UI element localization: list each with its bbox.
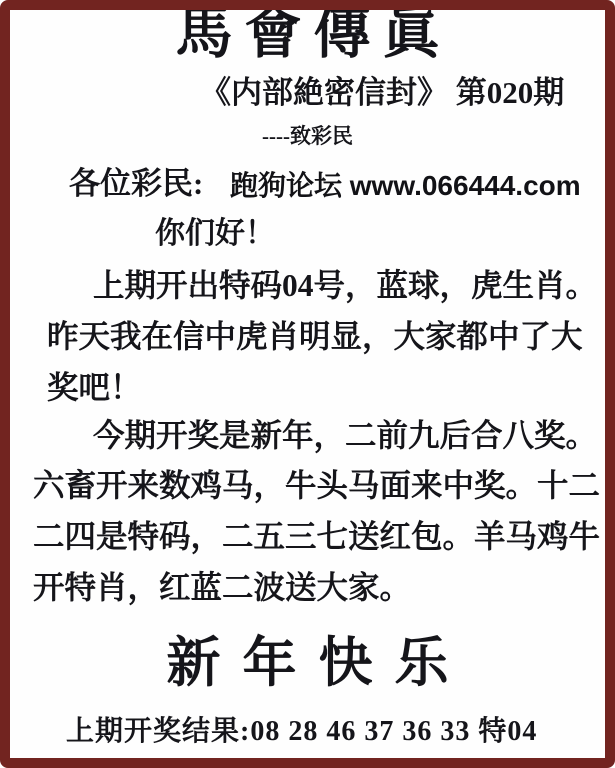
fax-sheet: 馬會傳眞 《内部絶密信封》 第020期 ----致彩民 各位彩民: 跑狗论坛 w…: [0, 0, 615, 768]
greeting-line: 你们好！: [155, 217, 275, 251]
paragraph2-line3: 二四是特码，二五三七送红包。羊马鸡牛: [33, 519, 600, 554]
paragraph1-line1: 上期开出特码04号，蓝球，虎生肖。: [93, 268, 597, 303]
paragraph2-line1: 今期开奖是新年，二前九后合八奖。: [93, 418, 597, 453]
paragraph2-line4: 开特肖，红蓝二波送大家。: [33, 570, 411, 605]
dedication-line: ----致彩民: [0, 125, 615, 149]
forum-watermark: 跑狗论坛 www.066444.com: [230, 170, 581, 201]
new-year-blessing: 新年快乐: [0, 633, 615, 693]
salutation-label: 各位彩民:: [69, 167, 203, 202]
paragraph1-line2: 昨天我在信中虎肖明显，大家都中了大: [47, 319, 583, 354]
previous-result-line: 上期开奖结果:08 28 46 37 36 33 特04: [66, 716, 537, 747]
paragraph2-line2: 六畜开来数鸡马，牛头马面来中奖。十二: [33, 468, 600, 503]
issue-subtitle: 《内部絶密信封》 第020期: [200, 76, 564, 111]
paragraph1-line3: 奖吧！: [47, 370, 142, 405]
fax-title: 馬會傳眞: [0, 2, 615, 66]
